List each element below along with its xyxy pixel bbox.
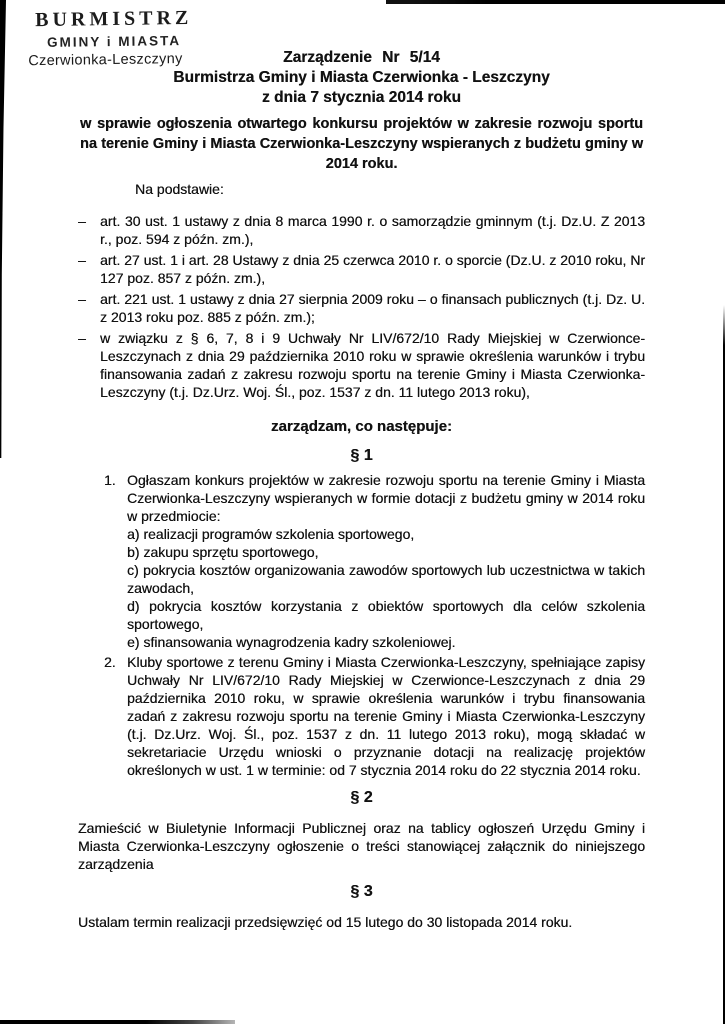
- document-body: Zarządzenie Nr 5/14 Burmistrza Gminy i M…: [0, 48, 725, 931]
- legal-basis-text: art. 27 ust. 1 i art. 28 Ustawy z dnia 2…: [100, 251, 645, 287]
- item-1-subitem-b: b) zakupu sprzętu sportowego,: [127, 543, 645, 561]
- dash-marker: –: [78, 212, 100, 248]
- item-1-subitem-e: e) sfinansowania wynagrodzenia kadry szk…: [127, 633, 645, 651]
- legal-basis-item: – w związku z § 6, 7, 8 i 9 Uchwały Nr L…: [78, 329, 645, 401]
- document-title-block: Zarządzenie Nr 5/14 Burmistrza Gminy i M…: [78, 48, 645, 108]
- subject-paragraph: w sprawie ogłoszenia otwartego konkursu …: [80, 114, 643, 174]
- item-number: 2.: [104, 653, 127, 779]
- scanned-document-page: BURMISTRZ GMINY i MIASTA Czerwionka-Lesz…: [0, 0, 725, 1024]
- legal-basis-text: art. 221 ust. 1 ustawy z dnia 27 sierpni…: [100, 290, 645, 326]
- section-2-body: Zamieścić w Biuletynie Informacji Public…: [78, 819, 645, 873]
- dash-marker: –: [78, 329, 100, 401]
- legal-basis-text: art. 30 ust. 1 ustawy z dnia 8 marca 199…: [100, 212, 645, 248]
- legal-basis-item: – art. 27 ust. 1 i art. 28 Ustawy z dnia…: [78, 251, 645, 287]
- title-issuer-line: Burmistrza Gminy i Miasta Czerwionka - L…: [78, 68, 645, 88]
- title-ordinance-number: Zarządzenie Nr 5/14: [78, 48, 645, 68]
- dash-marker: –: [78, 251, 100, 287]
- item-1-intro: Ogłaszam konkurs projektów w zakresie ro…: [127, 471, 645, 525]
- preamble-label: Na podstawie:: [135, 180, 645, 198]
- item-1-subitem-d: d) pokrycia kosztów korzystania z obiekt…: [127, 597, 645, 633]
- item-1-subitem-a: a) realizacji programów szkolenia sporto…: [127, 525, 645, 543]
- section-2-heading: § 2: [78, 788, 645, 808]
- title-date-line: z dnia 7 stycznia 2014 roku: [78, 88, 645, 108]
- ordered-item-1: 1. Ogłaszam konkurs projektów w zakresie…: [104, 471, 645, 651]
- legal-basis-item: – art. 221 ust. 1 ustawy z dnia 27 sierp…: [78, 290, 645, 326]
- legal-basis-text: w związku z § 6, 7, 8 i 9 Uchwały Nr LIV…: [100, 329, 645, 401]
- order-intro-line: zarządzam, co następuje:: [78, 417, 645, 437]
- ordered-item-2: 2. Kluby sportowe z terenu Gminy i Miast…: [104, 653, 645, 779]
- scan-edge-bottom-artifact: [0, 1020, 235, 1024]
- stamp-office-name: BURMISTRZ: [28, 7, 200, 32]
- dash-marker: –: [78, 290, 100, 326]
- section-1-ordered-list: 1. Ogłaszam konkurs projektów w zakresie…: [104, 471, 645, 779]
- item-1-subitem-c: c) pokrycia kosztów organizowania zawodó…: [127, 561, 645, 597]
- section-1-heading: § 1: [78, 446, 645, 466]
- item-2-text: Kluby sportowe z terenu Gminy i Miasta C…: [127, 653, 645, 779]
- section-3-body: Ustalam termin realizacji przedsięwzięć …: [78, 913, 645, 931]
- legal-basis-list: – art. 30 ust. 1 ustawy z dnia 8 marca 1…: [78, 212, 645, 401]
- item-number: 1.: [104, 471, 127, 651]
- section-3-heading: § 3: [78, 882, 645, 902]
- legal-basis-item: – art. 30 ust. 1 ustawy z dnia 8 marca 1…: [78, 212, 645, 248]
- scan-edge-top-artifact: [386, 0, 725, 4]
